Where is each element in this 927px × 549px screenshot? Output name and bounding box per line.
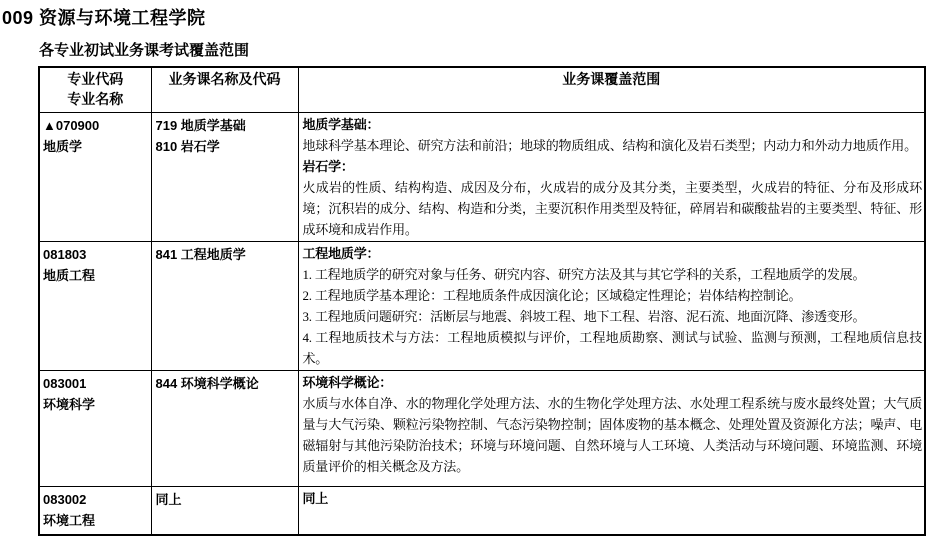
table-row-geology: ▲070900 地质学 719 地质学基础 810 岩石学 地质学基础： 地球科… (39, 112, 925, 241)
coverage-paragraph: 3. 工程地质问题研究：活断层与地震、斜坡工程、地下工程、岩溶、泥石流、地面沉降… (303, 306, 923, 327)
coverage-heading: 工程地质学： (303, 243, 923, 264)
coverage-cell: 工程地质学： 1. 工程地质学的研究对象与任务、研究内容、研究方法及其与其它学科… (298, 241, 925, 370)
major-cell: ▲070900 地质学 (39, 112, 151, 241)
major-cell: 081803 地质工程 (39, 241, 151, 370)
coverage-paragraph: 2. 工程地质学基本理论：工程地质条件成因演化论；区域稳定性理论；岩体结构控制论… (303, 285, 923, 306)
coverage-cell: 同上 (298, 486, 925, 535)
header-coverage: 业务课覆盖范围 (298, 67, 925, 112)
header-course-name-code: 业务课名称及代码 (151, 67, 298, 112)
exam-coverage-table: 专业代码 专业名称 业务课名称及代码 业务课覆盖范围 ▲070900 地质学 7… (38, 66, 926, 536)
coverage-heading: 地质学基础： (303, 114, 923, 135)
course-cell: 同上 (151, 486, 298, 535)
coverage-cell: 地质学基础： 地球科学基本理论、研究方法和前沿；地球的物质组成、结构和演化及岩石… (298, 112, 925, 241)
coverage-paragraph: 1. 工程地质学的研究对象与任务、研究内容、研究方法及其与其它学科的关系，工程地… (303, 264, 923, 285)
header-major-code-name: 专业代码 专业名称 (39, 67, 151, 112)
coverage-paragraph: 地球科学基本理论、研究方法和前沿；地球的物质组成、结构和演化及岩石类型；内动力和… (303, 135, 923, 156)
coverage-heading: 岩石学： (303, 156, 923, 177)
coverage-paragraph: 水质与水体自净、水的物理化学处理方法、水的生物化学处理方法、水处理工程系统与废水… (303, 393, 923, 477)
page-title: 009 资源与环境工程学院 (2, 6, 927, 30)
document-page: 009 资源与环境工程学院 各专业初试业务课考试覆盖范围 专业代码 专业名称 业… (0, 6, 927, 549)
course-cell: 844 环境科学概论 (151, 370, 298, 486)
table-row-geological-engineering: 081803 地质工程 841 工程地质学 工程地质学： 1. 工程地质学的研究… (39, 241, 925, 370)
course-cell: 841 工程地质学 (151, 241, 298, 370)
coverage-paragraph: 火成岩的性质、结构构造、成因及分布，火成岩的成分及其分类，主要类型，火成岩的特征… (303, 177, 923, 240)
coverage-cell: 环境科学概论： 水质与水体自净、水的物理化学处理方法、水的生物化学处理方法、水处… (298, 370, 925, 486)
page-subtitle: 各专业初试业务课考试覆盖范围 (39, 41, 927, 60)
major-cell: 083002 环境工程 (39, 486, 151, 535)
table-header-row: 专业代码 专业名称 业务课名称及代码 业务课覆盖范围 (39, 67, 925, 112)
coverage-heading: 同上 (303, 488, 923, 509)
coverage-heading: 环境科学概论： (303, 372, 923, 393)
table-row-environmental-science: 083001 环境科学 844 环境科学概论 环境科学概论： 水质与水体自净、水… (39, 370, 925, 486)
major-cell: 083001 环境科学 (39, 370, 151, 486)
table-row-environmental-engineering: 083002 环境工程 同上 同上 (39, 486, 925, 535)
coverage-paragraph: 4. 工程地质技术与方法：工程地质模拟与评价，工程地质勘察、测试与试验、监测与预… (303, 327, 923, 369)
course-cell: 719 地质学基础 810 岩石学 (151, 112, 298, 241)
